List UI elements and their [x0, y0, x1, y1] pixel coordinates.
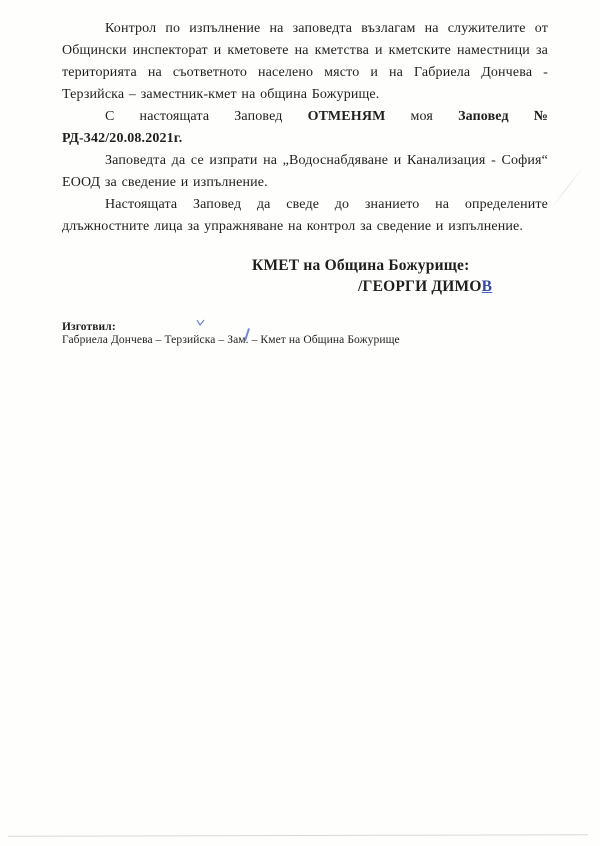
prepared-by-label: Изготвил: — [62, 321, 548, 334]
prepared-by-name: Габриела Дончева – Терзийска – Зам. – Км… — [62, 334, 548, 347]
paragraph-revocation: С настоящата Заповед ОТМЕНЯМ моя Заповед… — [62, 106, 548, 150]
signature-name: /ГЕОРГИ ДИМОВ — [62, 276, 548, 297]
signature-title: КМЕТ на Община Божурище: — [62, 255, 548, 276]
revocation-text-mid: моя — [385, 109, 458, 124]
paragraph-notify-officials: Настоящата Заповед да сведе до знанието … — [62, 194, 548, 238]
paragraph-control-assignment: Контрол по изпълнение на заповедта възла… — [62, 18, 548, 106]
signature-name-text: /ГЕОРГИ ДИМО — [358, 278, 482, 295]
signature-block: КМЕТ на Община Божурище: /ГЕОРГИ ДИМОВ — [62, 255, 548, 297]
revocation-text-pre: С настоящата Заповед — [105, 109, 308, 124]
scanned-document-page: Контрол по изпълнение на заповедта възла… — [0, 0, 600, 846]
signature-name-last-letter: В — [482, 278, 493, 295]
document-body: Контрол по изпълнение на заповедта възла… — [62, 18, 548, 347]
revocation-keyword: ОТМЕНЯМ — [308, 109, 386, 124]
scan-artifact-diagonal-line — [550, 165, 586, 211]
scan-artifact-bottom-edge — [8, 834, 588, 837]
prepared-by-block: Изготвил: Габриела Дончева – Терзийска –… — [62, 321, 548, 347]
paragraph-send-to-company: Заповедта да се изпрати на „Водоснабдява… — [62, 150, 548, 194]
